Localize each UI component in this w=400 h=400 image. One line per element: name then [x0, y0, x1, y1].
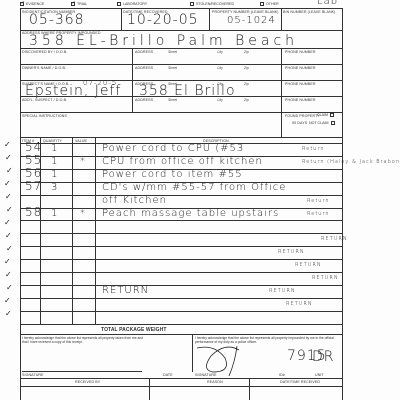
divider — [20, 334, 343, 335]
incident-value[interactable]: 05-368 — [29, 12, 85, 28]
phone-label: PHONE NUMBER — [285, 98, 316, 102]
divider — [20, 272, 343, 273]
id-label: ID# — [279, 373, 285, 377]
divider — [149, 378, 150, 400]
property-receipt-form: EVIDENCE TRIAL LABORATORY STOLEN/RECOVER… — [17, 0, 343, 400]
checkmark-icon: ✓ — [6, 283, 13, 292]
owner-label: OWNER'S NAME / D.O.B. — [22, 66, 66, 70]
item-number[interactable]: 56 — [25, 166, 42, 180]
item-value[interactable]: * — [80, 208, 86, 219]
divider — [192, 334, 193, 372]
signature-label: SIGNATURE — [22, 373, 44, 377]
divider — [72, 137, 73, 325]
divider — [20, 386, 343, 387]
checkmark-icon: ✓ — [6, 205, 13, 214]
not-claim-label: NOT CLAIM — [309, 121, 329, 125]
divider — [209, 8, 210, 30]
divider — [22, 371, 142, 372]
zip-label: Zip — [244, 66, 249, 70]
item-description[interactable]: CPU from office off kitchen — [102, 156, 263, 167]
item-return-note: Return — [307, 198, 330, 204]
item-return-note: Return — [302, 146, 325, 152]
item-return-note: RETURN — [295, 262, 322, 268]
not-claim-checkbox[interactable]: NOT CLAIM — [309, 121, 337, 125]
divider — [20, 112, 343, 113]
checkmark-icon: ✓ — [5, 309, 12, 318]
column-header-description: DESCRIPTION — [203, 139, 229, 143]
divider — [20, 324, 343, 325]
phone-label: PHONE NUMBER — [285, 82, 316, 86]
item-number[interactable]: 57 — [25, 179, 42, 193]
checkmark-icon: ✓ — [5, 153, 12, 162]
reason-label: REASON — [207, 380, 223, 384]
checkbox-label: STOLEN/RECOVERED — [196, 2, 234, 6]
divider — [20, 195, 343, 196]
checkmark-icon: ✓ — [4, 179, 11, 188]
address-label: ADDRESS — [135, 50, 153, 54]
item-number[interactable]: 55 — [25, 153, 42, 167]
divider — [281, 112, 282, 137]
item-number[interactable]: 54 — [25, 140, 42, 154]
address-impounded-value[interactable]: 358 EL-Brillo Palm Beach — [29, 33, 298, 49]
item-return-note: Return — [307, 211, 330, 217]
unit-label: UNIT — [315, 373, 324, 377]
total-weight-label: TOTAL PACKAGE WEIGHT — [101, 327, 167, 333]
item-return-note: RETURN — [286, 301, 313, 307]
checkmark-icon: ✓ — [4, 296, 11, 305]
item-return-note: Return (Haley & Jack Brabon) — [302, 159, 400, 165]
item-return-note: RETURN — [312, 275, 339, 281]
zip-label: Zip — [244, 50, 249, 54]
street-label: Street — [168, 50, 177, 54]
zip-label: Zip — [244, 98, 249, 102]
special-instructions-label: SPECIAL INSTRUCTIONS — [22, 114, 67, 118]
checkmark-icon: ✓ — [5, 231, 12, 240]
checkbox-label: TRIAL — [77, 2, 87, 6]
checkmark-icon: ✓ — [4, 218, 11, 227]
claim-label: CLAIM — [317, 113, 328, 117]
claim-checkbox[interactable]: CLAIM — [317, 113, 336, 117]
unit-value[interactable]: DR — [312, 349, 335, 365]
checkbox-label: EVIDENCE — [26, 2, 44, 6]
corner-note: Lab — [317, 0, 338, 7]
item-description[interactable]: Peach massage table upstairs — [102, 208, 279, 219]
property-number-label: PROPERTY NUMBER (Leave Blank) — [212, 10, 279, 14]
city-label: City — [217, 98, 223, 102]
checkmark-icon: ✓ — [6, 244, 13, 253]
item-quantity[interactable]: 1 — [51, 169, 58, 180]
bin-number-label: BIN NUMBER (Leave Blank) — [283, 10, 335, 14]
phone-label: PHONE NUMBER — [285, 50, 316, 54]
street-label: Street — [168, 66, 177, 70]
datetime-value[interactable]: 10-20-05 — [127, 12, 199, 28]
item-quantity[interactable]: 1 — [51, 143, 58, 154]
address-label: ADDRESS — [135, 98, 153, 102]
found-property-label: FOUND PROPERTY — [285, 114, 320, 118]
city-label: City — [217, 50, 223, 54]
ninety-days-label: 90 DAYS — [292, 121, 307, 125]
item-number[interactable]: 58 — [25, 205, 42, 219]
zip-label: Zip — [244, 82, 249, 86]
street-label: Street — [168, 98, 177, 102]
checkmark-icon: ✓ — [5, 192, 12, 201]
item-return-note: RETURN — [321, 236, 348, 242]
divider — [20, 137, 343, 138]
checkmark-icon: ✓ — [4, 140, 11, 149]
column-header-value: VALUE — [75, 139, 87, 143]
item-return-note: RETURN — [278, 249, 305, 255]
checkbox-stolen-recovered[interactable]: STOLEN/RECOVERED — [190, 2, 234, 6]
divider — [20, 259, 343, 260]
addl-suspect-label: ADD'L. SUSPECT / D.O.B. — [22, 98, 67, 102]
owner-acknowledgement: I hereby acknowledge that the above list… — [22, 336, 147, 344]
city-label: City — [217, 66, 223, 70]
item-value[interactable]: * — [80, 156, 86, 167]
divider — [20, 298, 343, 299]
item-return-note: RETURN — [269, 288, 296, 294]
divider — [20, 285, 343, 286]
checkbox-laboratory[interactable]: LABORATORY — [117, 2, 147, 6]
form-border-right — [342, 8, 343, 400]
checkmark-icon: ✓ — [4, 257, 11, 266]
checkmark-icon: ✓ — [5, 270, 12, 279]
divider — [249, 378, 250, 400]
property-number-value[interactable]: 05-1024 — [227, 15, 276, 26]
checkbox-label: OTHER — [266, 2, 279, 6]
item-description[interactable]: off Kitchen — [102, 195, 167, 206]
divider — [20, 311, 343, 312]
date-label: DATE — [163, 373, 173, 377]
officer-signature[interactable] — [195, 342, 255, 376]
received-by-label: RECEIVED BY — [75, 380, 100, 384]
item-description[interactable]: RETURN — [102, 285, 149, 296]
checkbox-label: LABORATORY — [123, 2, 147, 6]
checkbox-other[interactable]: OTHER — [260, 2, 279, 6]
divider — [95, 137, 96, 325]
item-quantity[interactable]: 1 — [51, 208, 58, 219]
signature-label: SIGNATURE — [195, 373, 217, 377]
phone-label: PHONE NUMBER — [285, 66, 316, 70]
column-header-quantity: QUANTITY — [43, 139, 62, 143]
checkbox-trial[interactable]: TRIAL — [71, 2, 87, 6]
divider — [281, 8, 282, 30]
discovered-label: DISCOVERED BY / D.O.B. — [22, 50, 67, 54]
item-quantity[interactable]: 1 — [51, 156, 58, 167]
checkmark-icon: ✓ — [6, 166, 13, 175]
divider — [20, 378, 343, 379]
divider — [121, 8, 122, 30]
address-label: ADDRESS — [135, 66, 153, 70]
divider — [20, 233, 343, 234]
datetime-received-label: DATE/TIME RECEIVED — [280, 380, 320, 384]
divider — [20, 246, 343, 247]
item-description[interactable]: Power cord to item #55 — [102, 169, 243, 180]
item-description[interactable]: Power cord to CPU (#53 — [102, 143, 244, 154]
divider — [20, 220, 343, 221]
item-description[interactable]: CD's w/mm #55-57 from Office — [102, 182, 286, 193]
checkbox-evidence[interactable]: EVIDENCE — [20, 2, 44, 6]
form-border-left — [20, 8, 21, 400]
item-quantity[interactable]: 3 — [51, 182, 58, 193]
